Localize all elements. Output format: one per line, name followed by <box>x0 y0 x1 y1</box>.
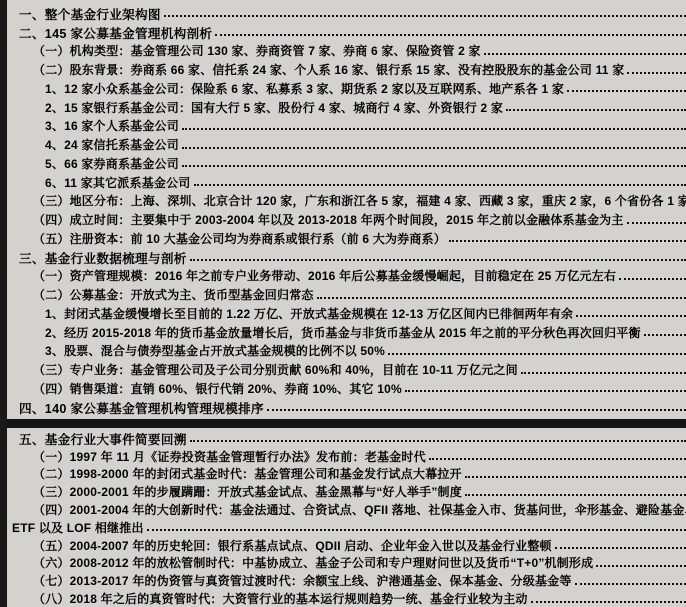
toc-entry[interactable]: 三、基金行业数据梳理与剖析 <box>19 248 686 267</box>
toc-entry-text: 1、12 家小众系基金公司：保险系 6 家、私募系 3 家、期货系 2 家以及互… <box>45 80 564 97</box>
toc-entry-text: （一）资产管理规模：2016 年之前专户业务带动、2016 年后公募基金缓慢崛起… <box>33 267 616 284</box>
toc-entry-text: （五）2004-2007 年的历史轮回：银行系基点试点、QDII 启动、企业年金… <box>33 537 552 554</box>
toc-entry[interactable]: （三）2000-2001 年的步履蹒跚：开放式基金试点、基金黑幕与“好人举手”制… <box>33 483 686 501</box>
toc-entry[interactable]: 6、11 家其它派系基金公司 <box>45 173 686 192</box>
toc-entry[interactable]: 2、15 家银行系基金公司：国有大行 5 家、股份行 4 家、城商行 4 家、外… <box>45 98 686 117</box>
dot-leader <box>567 90 686 92</box>
dot-leader <box>429 458 686 460</box>
dot-leader <box>190 440 686 442</box>
dot-leader <box>506 109 686 111</box>
dot-leader <box>215 34 686 36</box>
toc-entry[interactable]: （五）注册资本：前 10 大基金公司均为券商系或银行系（前 6 大为券商系） <box>33 229 686 248</box>
toc-entry[interactable]: 5、66 家券商系基金公司 <box>45 154 686 173</box>
toc-entry[interactable]: （一）1997 年 11 月《证券投资基金管理暂行办法》发布前：老基金时代 <box>33 447 686 465</box>
toc-entry-text: 三、基金行业数据梳理与剖析 <box>19 248 187 267</box>
toc-entry[interactable]: （四）2001-2004 年的大创新时代：基金法通过、合资试点、QFII 落地、… <box>33 501 686 519</box>
toc-entry-text: 二、145 家公募基金管理机构剖析 <box>19 23 212 42</box>
toc-entry-text: （三）专户业务：基金管理公司及子公司分别贡献 60%和 40%，目前在 10-1… <box>33 361 518 378</box>
toc-entry[interactable]: 1、封闭式基金缓慢增长至目前的 1.22 万亿、开放式基金规模在 12-13 万… <box>45 304 686 323</box>
toc-entry[interactable]: （二）股东背景：券商系 66 家、信托系 24 家、个人系 16 家、银行系 1… <box>33 60 686 79</box>
toc-entry-text: （七）2013-2017 年的伪资管与真资管过渡时代：余额宝上线、沪港通基金、保… <box>33 572 572 589</box>
toc-entry[interactable]: （四）销售渠道：直销 60%、银行代销 20%、券商 10%、其它 10% <box>33 379 686 398</box>
toc-entry-text: （三）2000-2001 年的步履蹒跚：开放式基金试点、基金黑幕与“好人举手”制… <box>33 483 462 500</box>
dot-leader <box>164 15 686 17</box>
dot-leader <box>147 529 686 531</box>
toc-entry-text: （五）注册资本：前 10 大基金公司均为券商系或银行系（前 6 大为券商系） <box>33 230 446 247</box>
toc-entry[interactable]: （二）1998-2000 年的封闭式基金时代：基金管理公司和基金发行试点大幕拉开 <box>33 465 686 483</box>
toc-entry-text: 4、24 家信托系基金公司 <box>45 136 179 153</box>
toc-entry[interactable]: （三）专户业务：基金管理公司及子公司分别贡献 60%和 40%，目前在 10-1… <box>33 360 686 379</box>
dot-leader <box>531 601 686 603</box>
toc-entry-text: （四）成立时间：主要集中于 2003-2004 年以及 2013-2018 年两… <box>33 211 624 228</box>
toc-entry-text: 2、15 家银行系基金公司：国有大行 5 家、股份行 4 家、城商行 4 家、外… <box>45 99 503 116</box>
dot-leader <box>484 53 686 55</box>
dot-leader <box>194 184 686 186</box>
toc-entry-text: 2、经历 2015-2018 年的货币基金放量增长后，货币基金与非货币基金从 2… <box>45 324 641 341</box>
dot-leader <box>596 565 686 567</box>
document-page-1: 一、整个基金行业架构图二、145 家公募基金管理机构剖析（一）机构类型：基金管理… <box>7 0 686 417</box>
toc-entry-text: （三）地区分布：上海、深圳、北京合计 120 家，广东和浙江各 5 家，福建 4… <box>33 192 686 209</box>
toc-entry[interactable]: 四、140 家公募基金管理机构管理规模排序 <box>19 398 686 417</box>
toc-entry-text: （八）2018 年之后的真资管时代：大资管行业的基本运行规则趋势一统、基金行业较… <box>33 590 528 607</box>
toc-entry-text: （六）2008-2012 年的放松管制时代：中基协成立、基金子公司和专户理财问世… <box>33 554 593 571</box>
page-break-gap <box>0 419 686 428</box>
dot-leader <box>182 165 686 167</box>
toc-entry[interactable]: 二、145 家公募基金管理机构剖析 <box>19 23 686 42</box>
toc-entry-text: 1、封闭式基金缓慢增长至目前的 1.22 万亿、开放式基金规模在 12-13 万… <box>45 305 573 322</box>
toc-entry[interactable]: 4、24 家信托系基金公司 <box>45 135 686 154</box>
toc-entry-text: （二）股东背景：券商系 66 家、信托系 24 家、个人系 16 家、银行系 1… <box>33 61 624 78</box>
toc-entry-text: 一、整个基金行业架构图 <box>19 4 161 23</box>
toc-entry[interactable]: （二）公募基金：开放式为主、货币型基金回归常态 <box>33 285 686 304</box>
dot-leader <box>449 240 686 242</box>
toc-entry-text: （四）2001-2004 年的大创新时代：基金法通过、合资试点、QFII 落地、… <box>33 501 686 518</box>
toc-entry[interactable]: 2、经历 2015-2018 年的货币基金放量增长后，货币基金与非货币基金从 2… <box>45 323 686 342</box>
toc-entry[interactable]: ETF 以及 LOF 相继推出 <box>12 518 686 536</box>
dot-leader <box>182 128 686 130</box>
toc-entry[interactable]: 一、整个基金行业架构图 <box>19 4 686 23</box>
dot-leader <box>576 315 686 317</box>
dot-leader <box>182 147 686 149</box>
dot-leader <box>465 494 686 496</box>
toc-entry-text: ETF 以及 LOF 相继推出 <box>12 519 144 536</box>
dot-leader <box>388 353 686 355</box>
toc-entry[interactable]: （六）2008-2012 年的放松管制时代：中基协成立、基金子公司和专户理财问世… <box>33 554 686 572</box>
dot-leader <box>619 278 686 280</box>
toc-entry[interactable]: 3、16 家个人系基金公司 <box>45 117 686 136</box>
toc-entry-text: 3、16 家个人系基金公司 <box>45 117 179 134</box>
toc-entry[interactable]: （八）2018 年之后的真资管时代：大资管行业的基本运行规则趋势一统、基金行业较… <box>33 590 686 607</box>
toc-entry[interactable]: （一）资产管理规模：2016 年之前专户业务带动、2016 年后公募基金缓慢崛起… <box>33 267 686 286</box>
toc-entry[interactable]: 五、基金行业大事件简要回溯 <box>19 430 686 448</box>
dot-leader <box>575 583 686 585</box>
dot-leader <box>627 222 686 224</box>
toc-entry[interactable]: 3、股票、混合与债券型基金占开放式基金规模的比例不以 50% <box>45 342 686 361</box>
toc-entry[interactable]: （四）成立时间：主要集中于 2003-2004 年以及 2013-2018 年两… <box>33 210 686 229</box>
dot-leader <box>644 334 686 336</box>
dot-leader <box>405 390 686 392</box>
document-page-2: 五、基金行业大事件简要回溯（一）1997 年 11 月《证券投资基金管理暂行办法… <box>7 428 686 607</box>
toc-entry-text: （二）1998-2000 年的封闭式基金时代：基金管理公司和基金发行试点大幕拉开 <box>33 465 462 482</box>
toc-entry-text: 6、11 家其它派系基金公司 <box>45 174 191 191</box>
toc-entry-text: 五、基金行业大事件简要回溯 <box>19 430 187 448</box>
dot-leader <box>317 297 686 299</box>
toc-entry-text: （一）1997 年 11 月《证券投资基金管理暂行办法》发布前：老基金时代 <box>33 448 426 465</box>
dot-leader <box>627 72 686 74</box>
toc-entry-text: 3、股票、混合与债券型基金占开放式基金规模的比例不以 50% <box>45 342 385 359</box>
dot-leader <box>521 372 686 374</box>
window-left-edge <box>0 0 7 607</box>
dot-leader <box>465 476 686 478</box>
toc-entry[interactable]: （五）2004-2007 年的历史轮回：银行系基点试点、QDII 启动、企业年金… <box>33 536 686 554</box>
toc-entry[interactable]: 1、12 家小众系基金公司：保险系 6 家、私募系 3 家、期货系 2 家以及互… <box>45 79 686 98</box>
toc-entry[interactable]: （一）机构类型：基金管理公司 130 家、券商资管 7 家、券商 6 家、保险资… <box>33 42 686 61</box>
word-document-toc-view: 一、整个基金行业架构图二、145 家公募基金管理机构剖析（一）机构类型：基金管理… <box>0 0 686 607</box>
toc-entry-text: 5、66 家券商系基金公司 <box>45 155 179 172</box>
dot-leader <box>267 409 686 411</box>
toc-entry-text: （四）销售渠道：直销 60%、银行代销 20%、券商 10%、其它 10% <box>33 380 402 397</box>
toc-entry[interactable]: （七）2013-2017 年的伪资管与真资管过渡时代：余额宝上线、沪港通基金、保… <box>33 572 686 590</box>
toc-entry-text: 四、140 家公募基金管理机构管理规模排序 <box>19 398 264 417</box>
toc-entry-text: （一）机构类型：基金管理公司 130 家、券商资管 7 家、券商 6 家、保险资… <box>33 42 481 59</box>
dot-leader <box>555 547 686 549</box>
toc-entry[interactable]: （三）地区分布：上海、深圳、北京合计 120 家，广东和浙江各 5 家，福建 4… <box>33 192 686 211</box>
toc-entry-text: （二）公募基金：开放式为主、货币型基金回归常态 <box>33 286 314 303</box>
dot-leader <box>190 259 686 261</box>
